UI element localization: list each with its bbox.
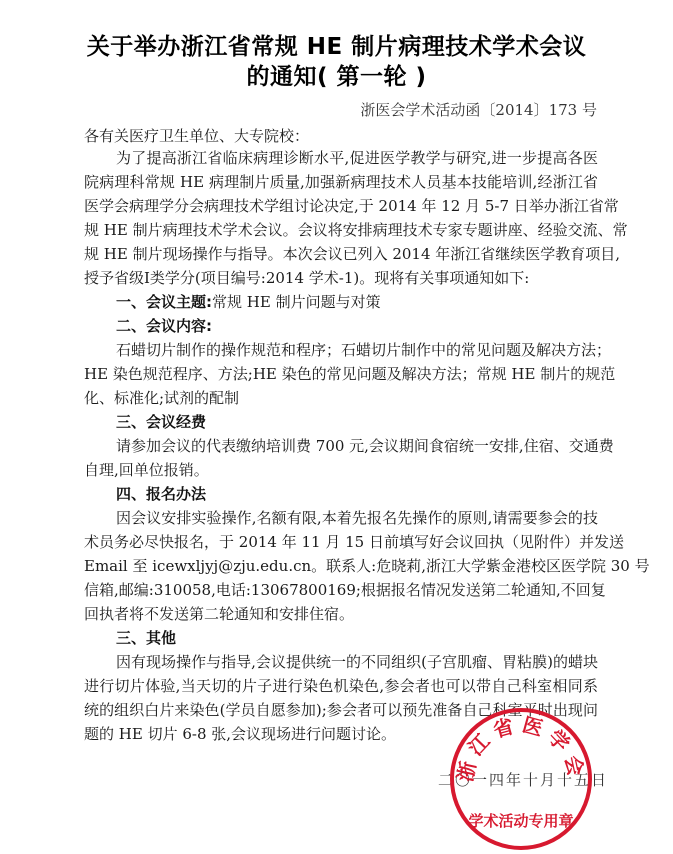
reference-number: 浙医会学术活动函〔2014〕173 号 <box>360 99 597 121</box>
content-line: HE 染色规范程序、方法;HE 染色的常见问题及解决方法；常规 HE 制片的规范 <box>84 362 598 386</box>
registration-line: 术员务必尽快报名，于 2014 年 11 月 15 日前填写好会议回执（见附件）… <box>84 530 598 554</box>
official-seal: 浙江省医学会 学术活动专用章 <box>450 708 592 850</box>
section-heading: 四、报名办法 <box>116 482 598 506</box>
section-heading: 一、会议主题: <box>116 293 212 311</box>
seal-top-text: 浙江省医学会 <box>454 712 588 784</box>
svg-text:浙江省医学会: 浙江省医学会 <box>454 712 588 784</box>
registration-line: Email 至 icewxljyj@zju.edu.cn。联系人:危晓莉,浙江大… <box>84 554 598 578</box>
intro-line: 医学会病理学分会病理技术学组讨论决定,于 2014 年 12 月 5-7 日举办… <box>84 194 598 218</box>
intro-line: 规 HE 制片现场操作与指导。本次会议已列入 2014 年浙江省继续医学教育项目… <box>84 242 598 266</box>
document-title-line2: 的通知( 第一轮 ) <box>0 62 673 92</box>
section-heading: 二、会议内容: <box>116 314 598 338</box>
section-theme: 一、会议主题:常规 HE 制片问题与对策 <box>116 290 598 314</box>
seal-bottom-text: 学术活动专用章 <box>468 812 573 830</box>
registration-line: 因会议安排实验操作,名额有限,本着先报名先操作的原则,请需要参会的技 <box>116 506 598 530</box>
other-line: 进行切片体验,当天切的片子进行染色机染色,参会者也可以带自己科室相同系 <box>84 674 598 698</box>
intro-line: 为了提高浙江省临床病理诊断水平,促进医学教学与研究,进一步提高各医 <box>116 146 598 170</box>
registration-line: 信箱,邮编:310058,电话:13067800169;根据报名情况发送第二轮通… <box>84 578 598 602</box>
section-heading: 三、会议经费 <box>116 410 598 434</box>
section-heading: 三、其他 <box>116 626 598 650</box>
registration-line: 回执者将不发送第二轮通知和安排住宿。 <box>84 602 598 626</box>
salutation: 各有关医疗卫生单位、大专院校： <box>84 124 598 148</box>
intro-line: 规 HE 制片病理技术学术会议。会议将安排病理技术专家专题讲座、经验交流、常 <box>84 218 598 242</box>
fee-line: 请参加会议的代表缴纳培训费 700 元,会议期间食宿统一安排,住宿、交通费 <box>116 434 598 458</box>
document-title-line1: 关于举办浙江省常规 HE 制片病理技术学术会议 <box>0 32 673 62</box>
fee-line: 自理,回单位报销。 <box>84 458 598 482</box>
content-line: 石蜡切片制作的操作规范和程序；石蜡切片制作中的常见问题及解决方法； <box>116 338 598 362</box>
content-line: 化、标准化;试剂的配制 <box>84 386 598 410</box>
other-line: 因有现场操作与指导,会议提供统一的不同组织(子宫肌瘤、胃粘膜)的蜡块 <box>116 650 598 674</box>
section-theme-text: 常规 HE 制片问题与对策 <box>212 293 381 311</box>
seal-icon: 浙江省医学会 学术活动专用章 <box>454 712 588 846</box>
intro-line: 授予省级Ⅰ类学分(项目编号:2014 学术-1)。现将有关事项通知如下: <box>84 266 598 290</box>
intro-line: 院病理科常规 HE 病理制片质量,加强新病理技术人员基本技能培训,经浙江省 <box>84 170 598 194</box>
